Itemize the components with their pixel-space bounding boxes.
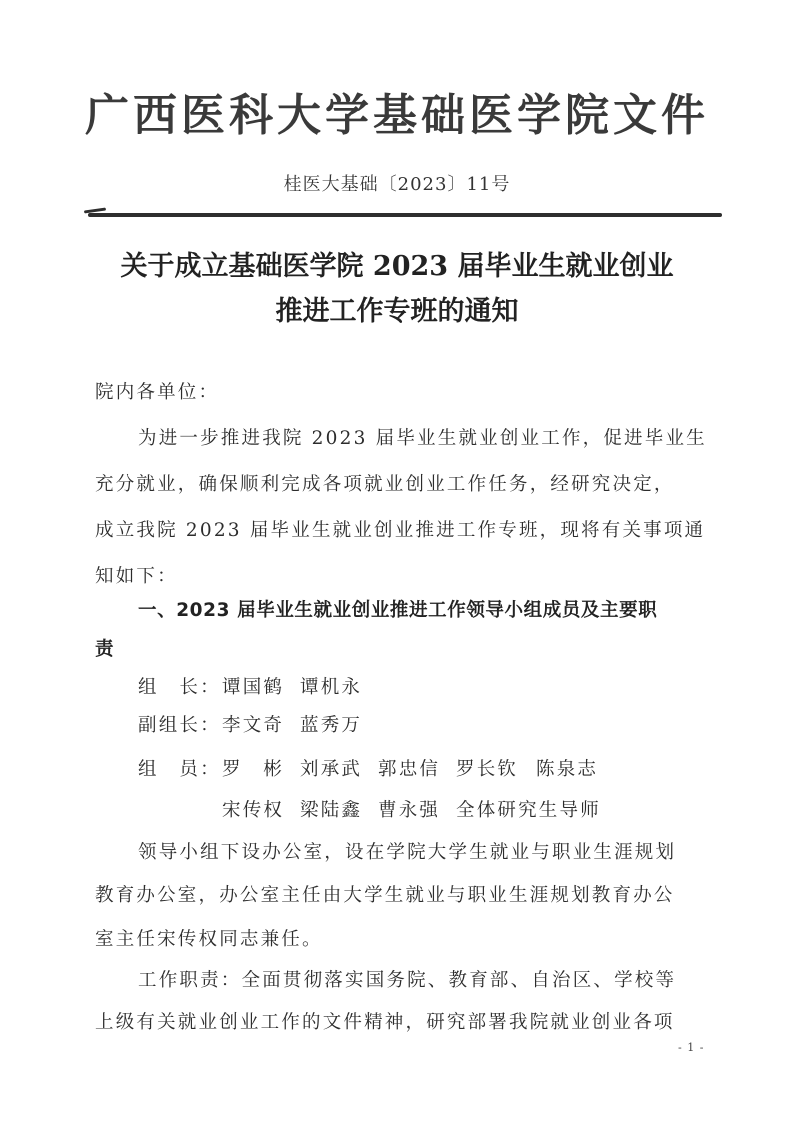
member-name: 梁陆鑫	[300, 796, 362, 822]
member-name: 罗长钦	[456, 755, 518, 781]
intro-line-4: 知如下：	[95, 562, 178, 588]
member-name: 全体研究生导师	[456, 796, 601, 822]
member-name: 陈泉志	[536, 755, 598, 781]
section-1-heading-line-1: 一、2023 届毕业生就业创业推进工作领导小组成员及主要职	[138, 596, 657, 622]
salutation: 院内各单位：	[95, 378, 219, 404]
office-line-1: 领导小组下设办公室，设在学院大学生就业与职业生涯规划	[138, 838, 676, 864]
section-1-heading-line-2: 责	[95, 635, 114, 661]
member-name: 宋传权	[222, 796, 284, 822]
document-page: 广西医科大学基础医学院文件 桂医大基础〔2023〕11号 关于成立基础医学院 2…	[0, 0, 794, 1123]
member-name: 郭忠信	[378, 755, 440, 781]
office-line-2: 教育办公室，办公室主任由大学生就业与职业生涯规划教育办公	[95, 881, 675, 907]
deputy-name: 蓝秀万	[300, 711, 362, 737]
page-number: - 1 -	[678, 1041, 704, 1054]
leader-name: 谭机永	[300, 673, 362, 699]
leader-label: 组 长：	[138, 673, 221, 699]
duty-line-2: 上级有关就业创业工作的文件精神，研究部署我院就业创业各项	[95, 1008, 675, 1034]
deputy-name: 李文奇	[222, 711, 284, 737]
member-name: 曹永强	[378, 796, 440, 822]
member-label: 组 员：	[138, 755, 221, 781]
member-name: 罗 彬	[222, 755, 284, 781]
intro-line-3: 成立我院 2023 届毕业生就业创业推进工作专班，现将有关事项通	[95, 516, 705, 542]
duty-line-1: 工作职责：全面贯彻落实国务院、教育部、自治区、学校等	[138, 966, 676, 992]
office-line-3: 室主任宋传权同志兼任。	[95, 925, 323, 951]
intro-line-1: 为进一步推进我院 2023 届毕业生就业创业工作，促进毕业生	[138, 424, 707, 450]
document-body: 院内各单位： 为进一步推进我院 2023 届毕业生就业创业工作，促进毕业生 充分…	[95, 0, 705, 1123]
member-name: 刘承武	[300, 755, 362, 781]
leader-name: 谭国鹤	[222, 673, 284, 699]
intro-line-2: 充分就业，确保顺利完成各项就业创业工作任务，经研究决定，	[95, 470, 675, 496]
deputy-label: 副组长：	[138, 711, 221, 737]
